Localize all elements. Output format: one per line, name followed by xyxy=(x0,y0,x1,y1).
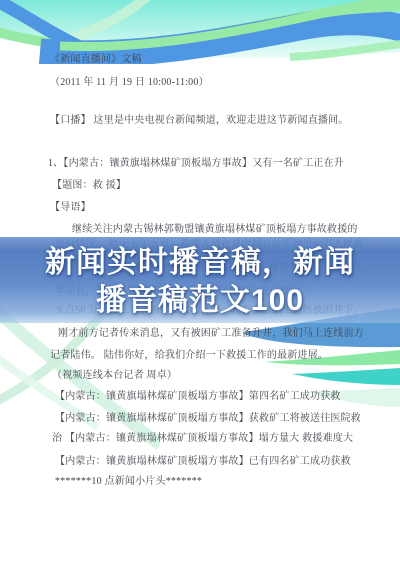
document-line: 【内蒙古：镶黄旗塌林煤矿顶板塌方事故】第四名矿工成功获救 xyxy=(55,387,341,402)
document-line: 【题图：救 援】 xyxy=(52,176,126,191)
document-divider-line: *******10 点新闻小片头******* xyxy=(55,472,202,487)
document-line: 治 【内蒙古：镶黄旗塌林煤矿顶板塌方事故】塌方量大 救援难度大 xyxy=(52,429,353,444)
document-line: 【导语】 xyxy=(50,198,91,213)
document-line: 刚才前方记者传来消息，又有被困矿工准备升井，我们马上连线前方 xyxy=(58,324,364,339)
document-line: 1、【内蒙古：镶黄旗塌林煤矿顶板塌方事故】又有一名矿工正在升 xyxy=(48,154,344,169)
page-title-line-1: 新闻实时播音稿，新闻 xyxy=(0,245,400,281)
document-line: 【内蒙古：镶黄旗塌林煤矿顶板塌方事故】获救矿工将被送往医院救 xyxy=(55,409,361,424)
document-line: （视频连线本台记者 周卓） xyxy=(52,366,177,381)
page-title-line-2: 播音稿范文100 xyxy=(0,283,400,319)
document-line: 记者陆伟。 陆伟你好，给我们介绍一下救援工作的最新进展。 xyxy=(50,346,328,361)
document-line: 【口播】 这里是中央电视台新闻频道，欢迎走进这节新闻直播间。 xyxy=(50,111,349,126)
document-line: 【内蒙古：镶黄旗塌林煤矿顶板塌方事故】已有四名矿工成功获救 xyxy=(55,452,351,467)
document-page: 《新闻直播间》文稿 （2011 年 11 月 19 日 10:00-11:00）… xyxy=(0,0,400,566)
document-title: 《新闻直播间》文稿 xyxy=(50,50,142,65)
title-overlay-banner: 新闻实时播音稿，新闻 播音稿范文100 xyxy=(0,237,400,323)
document-line: 继续关注内蒙古锡林郭勒盟镶黄旗塌林煤矿顶板塌方事故救援的 xyxy=(72,220,358,235)
broadcast-datetime: （2011 年 11 月 19 日 10:00-11:00） xyxy=(50,73,209,88)
